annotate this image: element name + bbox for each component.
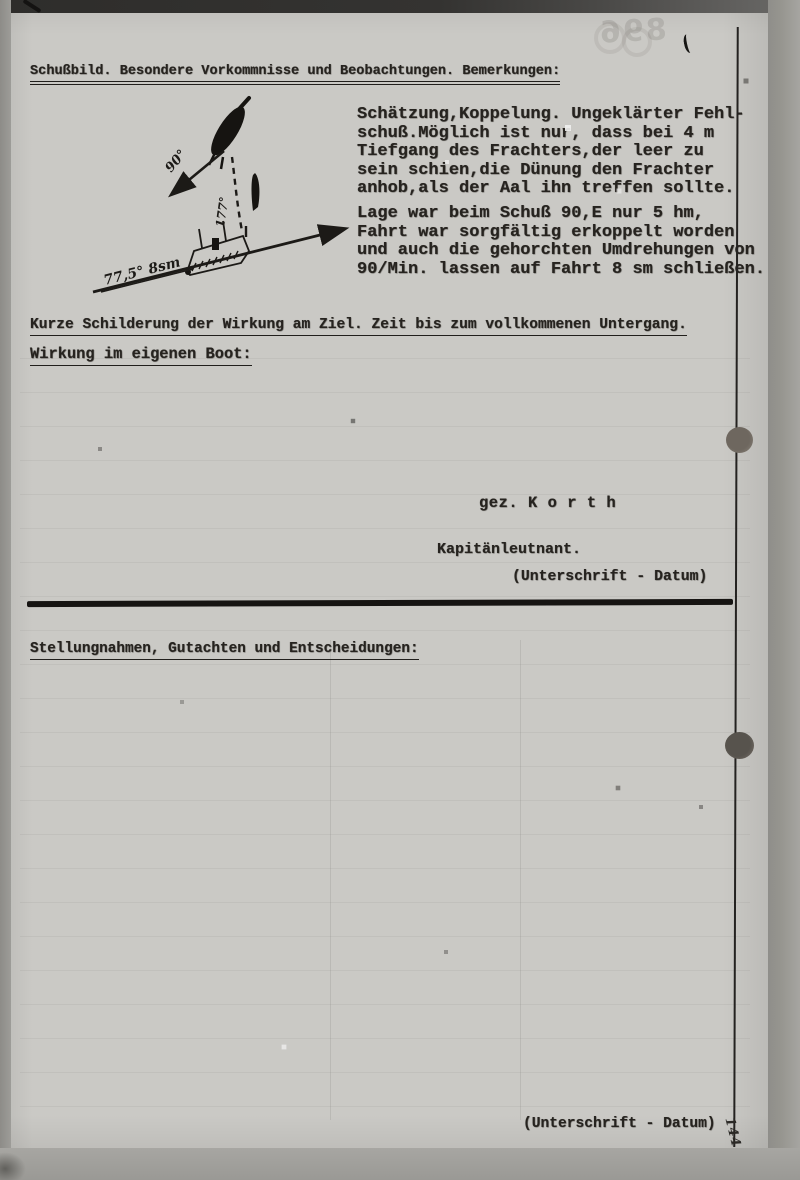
bleedthrough-ruling [20,325,750,1140]
scan-edge-top [0,0,800,13]
ship-silhouette-blob [205,98,251,169]
torpedo-track-dashed [232,157,242,231]
remarks-line: sein schien,die Dünung den Frachter [357,162,765,181]
smudge-bottom-left [0,1152,26,1180]
remarks-block: Schätzung,Koppelung. Ungeklärter Fehl- s… [357,106,765,279]
firing-sketch: 90° 177° 77,5° 8sm [75,95,365,305]
remarks-line: und auch die gehorchten Umdrehungen von [357,242,765,261]
remarks-line: Schätzung,Koppelung. Ungeklärter Fehl- [357,106,765,125]
section-effect-own-boat: Wirkung im eigenen Boot: [30,345,252,363]
form-header-text: Schußbild. Besondere Vorkommnisse und Be… [30,64,560,85]
remarks-line: Tiefgang des Frachters,der leer zu [357,143,765,162]
scanned-report-page: 896 Schußbild. Besondere Vorkommnisse un… [0,0,800,1180]
section-effect-target: Kurze Schilderung der Wirkung am Ziel. Z… [30,317,687,333]
bleedthrough-page-number: 896 [597,12,667,51]
punch-hole-upper [726,427,753,453]
signature-name: gez. K o r t h [479,494,616,512]
signature-rank: Kapitänleutnant. [437,541,581,558]
footer-signature-caption: (Unterschrift - Datum) [523,1116,716,1132]
scan-edge-left [0,0,11,1180]
signature-caption: (Unterschrift - Datum) [512,569,707,585]
remarks-line: schuß.Möglich ist nur, dass bei 4 m [357,125,765,144]
remarks-line: 90/Min. lassen auf Fahrt 8 sm schließen. [357,261,765,280]
bearing-label: 90° [163,147,190,175]
torpedo-icon [252,173,260,211]
remarks-line: Lage war beim Schuß 90,E nur 5 hm, [357,205,765,224]
section-opinions: Stellungnahmen, Gutachten und Entscheidu… [30,641,419,657]
scan-edge-bottom [0,1148,800,1180]
course-speed-label: 77,5° 8sm [102,254,182,288]
remarks-line: Fahrt war sorgfältig erkoppelt worden [357,224,765,243]
bleedthrough-vline [330,640,331,1120]
gyro-angle-label: 177° [213,196,231,229]
bleedthrough-vline [520,640,521,1120]
scan-edge-right [768,0,800,1180]
punch-hole-lower [725,732,754,759]
form-header: Schußbild. Besondere Vorkommnisse und Be… [30,64,560,79]
remarks-line: anhob,als der Aal ihn treffen sollte. [357,180,765,199]
dust-specks [0,0,2,2]
